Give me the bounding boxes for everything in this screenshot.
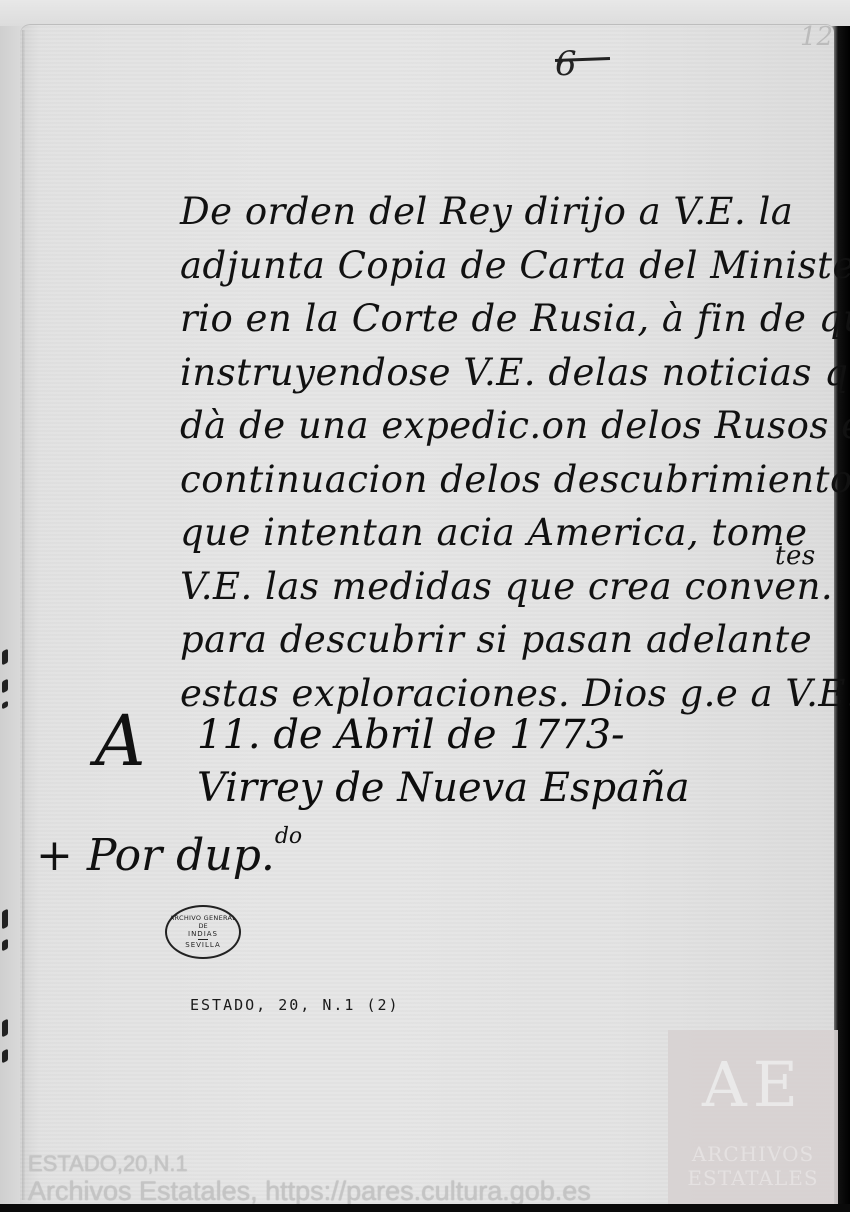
source-watermark: ESTADO,20,N.1 Archivos Estatales, https:…: [28, 1152, 591, 1206]
manuscript-line: continuacion delos descubrimientos: [180, 453, 830, 507]
manuscript-line: adjunta Copia de Carta del Ministe-: [180, 239, 830, 293]
stamp-line-2: DE: [198, 922, 207, 930]
margin-annotation: + Por dup.do: [36, 830, 302, 881]
manuscript-body: De orden del Rey dirijo a V.E. la adjunt…: [180, 185, 830, 720]
archive-stamp: ARCHIVO GENERAL DE INDIAS SEVILLA: [165, 905, 241, 959]
logo-text-line-1: ARCHIVOS: [668, 1142, 838, 1166]
rubric-initial: A: [95, 700, 146, 782]
manuscript-line: De orden del Rey dirijo a V.E. la: [180, 185, 830, 239]
margin-annotation-superscript: do: [275, 824, 302, 849]
margin-annotation-text: + Por dup.: [36, 830, 275, 881]
manuscript-line: que intentan acia America, tome: [180, 506, 830, 560]
stamp-divider: [198, 939, 208, 940]
archivos-estatales-logo: AE ARCHIVOS ESTATALES: [668, 1030, 838, 1204]
manuscript-line: V.E. las medidas que crea conven.: [180, 560, 830, 614]
page-fold-line: [22, 30, 25, 1200]
stamp-line-4: SEVILLA: [185, 941, 220, 949]
catalog-reference: ESTADO, 20, N.1 (2): [190, 996, 400, 1014]
watermark-reference: ESTADO,20,N.1: [28, 1152, 591, 1176]
folio-number: 6: [555, 44, 577, 84]
stamp-line-3: INDIAS: [188, 930, 218, 938]
interlinear-note: tes: [775, 530, 816, 584]
manuscript-line: para descubrir si pasan adelante: [180, 613, 830, 667]
logo-letters: AE: [668, 1048, 838, 1121]
adjacent-page-writing: [0, 640, 16, 1120]
logo-text-line-2: ESTATALES: [668, 1166, 838, 1190]
scan-bottom-edge: [0, 1204, 850, 1212]
stamp-line-1: ARCHIVO GENERAL: [170, 914, 236, 922]
manuscript-line: instruyendose V.E. delas noticias que: [180, 346, 830, 400]
watermark-source: Archivos Estatales, https://pares.cultur…: [28, 1176, 591, 1206]
scanner-top-strip: [0, 0, 850, 26]
corner-page-number: 12: [800, 22, 833, 52]
logo-text: ARCHIVOS ESTATALES: [668, 1142, 838, 1190]
addressee-line: Virrey de Nueva España: [197, 765, 690, 811]
date-line: 11. de Abril de 1773-: [197, 712, 625, 758]
manuscript-line: dà de una expedic.on delos Rusos en: [180, 399, 830, 453]
manuscript-line: rio en la Corte de Rusia, à fin de que: [180, 292, 830, 346]
